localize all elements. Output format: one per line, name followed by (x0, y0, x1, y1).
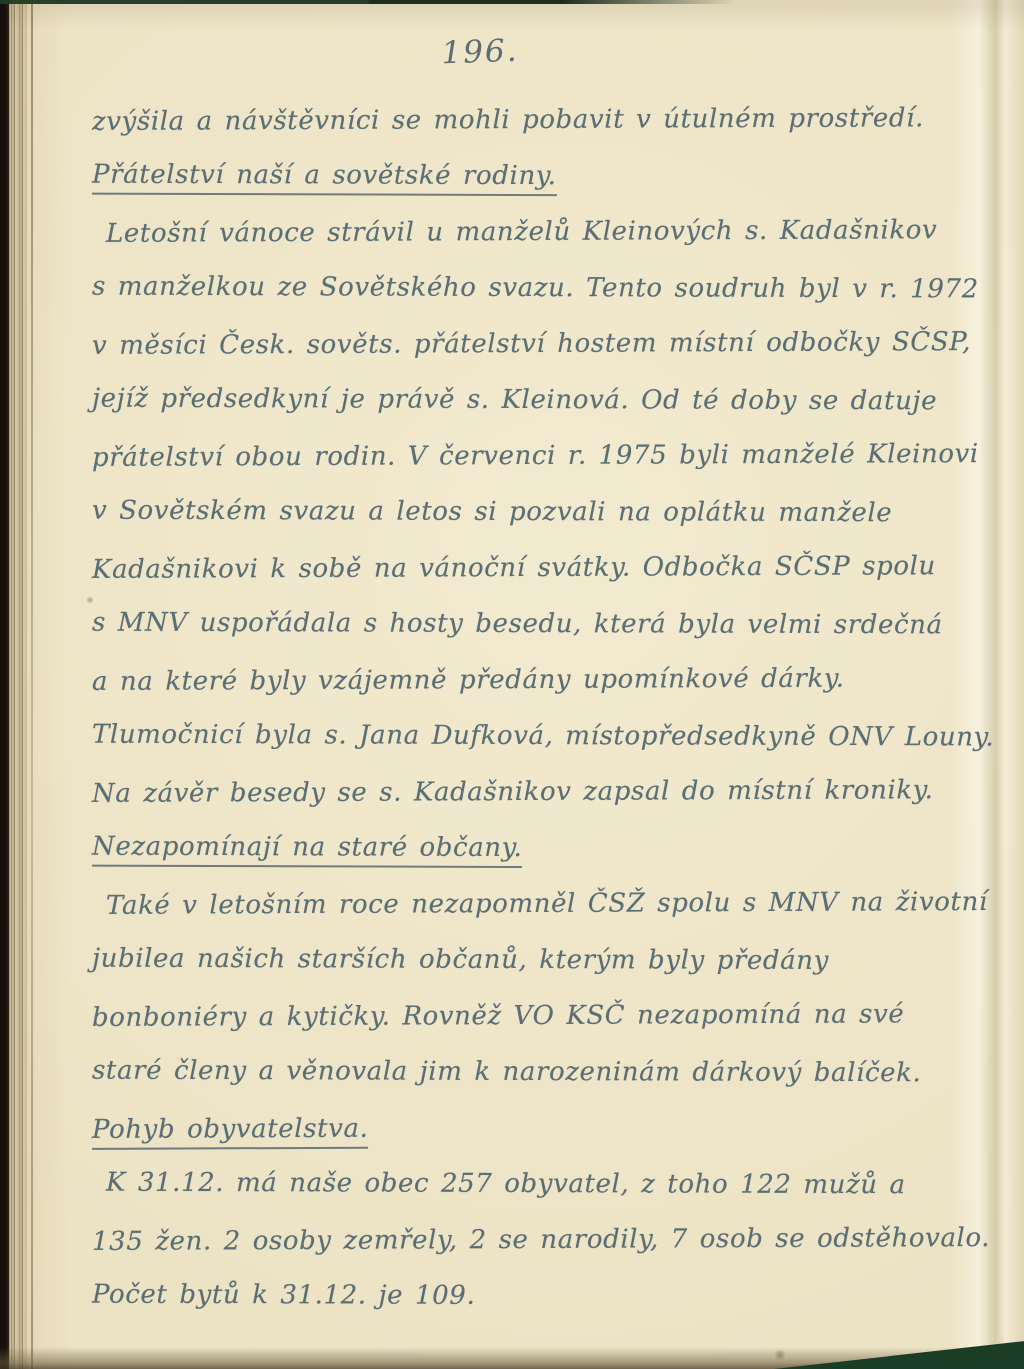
heading-underlined-text: Nezapomínají na staré občany. (92, 832, 522, 868)
book-cover-top-edge (0, 0, 1024, 4)
section-heading-friendship: Přátelství naší a sovětské rodiny. (92, 147, 962, 206)
gutter-line (31, 0, 33, 1369)
manuscript-line: zvýšila a návštěvníci se mohli pobavit v… (92, 90, 962, 150)
manuscript-line: Také v letošním roce nezapomněl ČSŽ spol… (92, 874, 962, 934)
manuscript-line: jubilea našich starších občanů, kterým b… (92, 931, 962, 990)
manuscript-line: Počet bytů k 31.12. je 109. (92, 1267, 962, 1326)
book-spine-edge (0, 0, 9, 1369)
heading-underlined-text: Pohyb obyvatelstva. (92, 1114, 369, 1150)
stacked-page-edges (9, 0, 27, 1369)
manuscript-line: s manželkou ze Sovětského svazu. Tento s… (92, 259, 962, 318)
heading-underlined-text: Přátelství naší a sovětské rodiny. (92, 160, 557, 196)
manuscript-text-block: zvýšila a návštěvníci se mohli pobavit v… (92, 92, 962, 1324)
manuscript-line: K 31.12. má naše obec 257 obyvatel, z to… (92, 1155, 962, 1214)
chronicle-page-photo: { "page": { "number": "196.", "ink_color… (0, 0, 1024, 1369)
manuscript-line: Tlumočnicí byla s. Jana Dufková, místopř… (92, 707, 962, 766)
manuscript-line: v Sovětském svazu a letos si pozvali na … (92, 483, 962, 542)
manuscript-line: v měsíci Česk. sověts. přátelství hostem… (92, 314, 962, 374)
page-number: 196. (419, 32, 540, 72)
manuscript-line: s MNV uspořádala s hosty besedu, která b… (92, 595, 962, 654)
manuscript-line: bonboniéry a kytičky. Rovněž VO KSČ neza… (92, 986, 962, 1046)
manuscript-line: Kadašnikovi k sobě na vánoční svátky. Od… (92, 538, 962, 598)
manuscript-line: a na které byly vzájemně předány upomínk… (92, 650, 962, 710)
manuscript-line: přátelství obou rodin. V červenci r. 197… (92, 426, 962, 486)
manuscript-line: 135 žen. 2 osoby zemřely, 2 se narodily,… (92, 1210, 962, 1270)
manuscript-line: Na závěr besedy se s. Kadašnikov zapsal … (92, 762, 962, 822)
manuscript-line: staré členy a věnovala jim k narozeninám… (92, 1043, 962, 1102)
manuscript-line: Letošní vánoce strávil u manželů Kleinov… (92, 202, 962, 262)
section-heading-old-citizens: Nezapomínají na staré občany. (92, 819, 962, 878)
manuscript-line: jejíž předsedkyní je právě s. Kleinová. … (92, 371, 962, 430)
section-heading-population: Pohyb obyvatelstva. (92, 1098, 962, 1158)
